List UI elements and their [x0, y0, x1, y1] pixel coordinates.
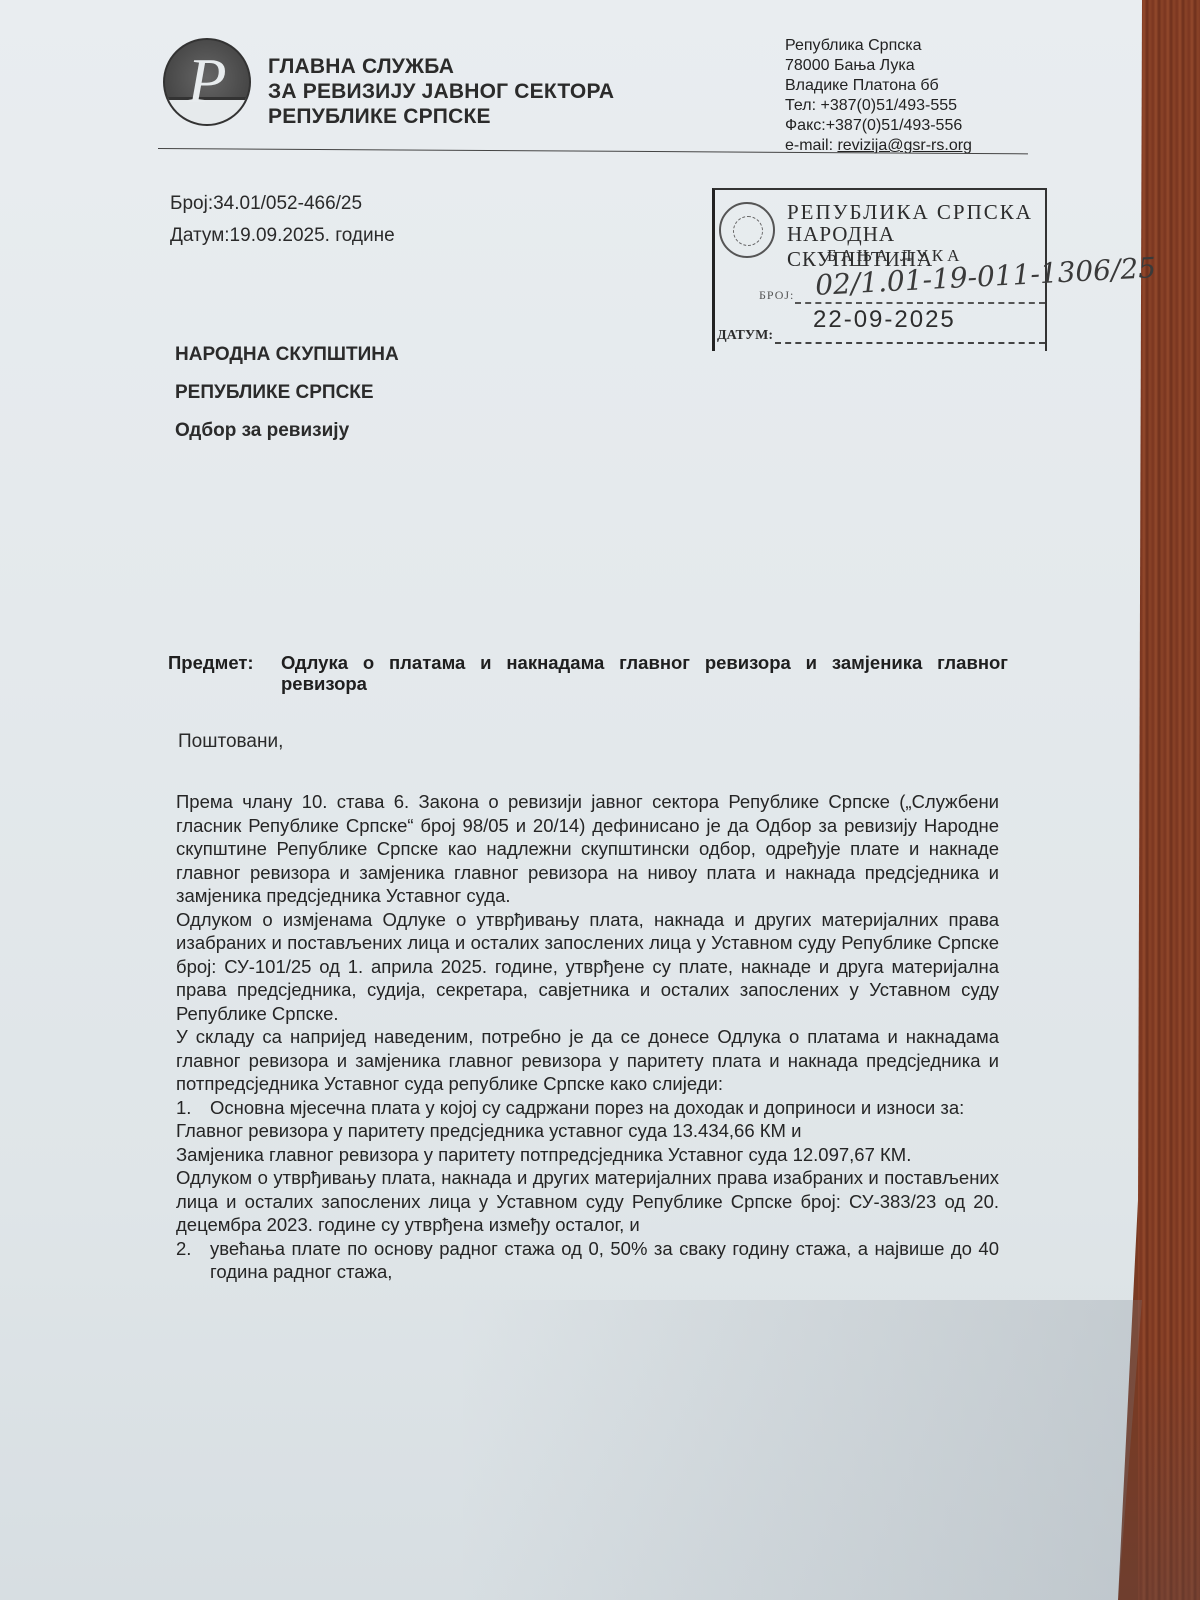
- stamp-dash-line: [775, 342, 1045, 344]
- paragraph: У складу са напријед наведеним, потребно…: [176, 1025, 999, 1096]
- contact-block: Република Српска 78000 Бања Лука Владике…: [785, 36, 972, 156]
- list-text: Основна мјесечна плата у којој су садржа…: [210, 1097, 964, 1118]
- logo-glyph: P: [165, 44, 249, 118]
- receipt-stamp: РЕПУБЛИКА СРПСКА НАРОДНА СКУПШТИНА БАЊА …: [712, 188, 1047, 351]
- list-number: 2.: [176, 1237, 191, 1261]
- contact-fax: Факс:+387(0)51/493-556: [785, 116, 972, 136]
- contact-tel: Тел: +387(0)51/493-555: [785, 96, 972, 116]
- stamp-dash-line: [795, 302, 1045, 304]
- paragraph: Главног ревизора у паритету предсједника…: [176, 1119, 999, 1143]
- reference-date: Датум:19.09.2025. године: [170, 220, 395, 252]
- list-item: 2.увећања плате по основу радног стажа о…: [176, 1237, 999, 1284]
- numbered-list: 2.увећања плате по основу радног стажа о…: [176, 1237, 999, 1284]
- contact-city: 78000 Бања Лука: [785, 56, 972, 76]
- coat-of-arms-seal-icon: [719, 202, 775, 258]
- list-text: увећања плате по основу радног стажа од …: [210, 1238, 999, 1283]
- contact-country: Република Српска: [785, 36, 972, 56]
- numbered-list: 1.Основна мјесечна плата у којој су садр…: [176, 1096, 999, 1120]
- recipient-line: РЕПУБЛИКЕ СРПСКЕ: [175, 374, 399, 412]
- stamp-date-label: ДАТУМ:: [717, 328, 773, 344]
- org-line: РЕПУБЛИКЕ СРПСКЕ: [268, 104, 614, 129]
- subject-label: Предмет:: [168, 652, 254, 673]
- organization-name: ГЛАВНА СЛУЖБА ЗА РЕВИЗИЈУ ЈАВНОГ СЕКТОРА…: [268, 54, 614, 129]
- recipient-line: Одбор за ревизију: [175, 412, 399, 450]
- reference-number: Број:34.01/052-466/25: [170, 188, 395, 220]
- org-line: ЗА РЕВИЗИЈУ ЈАВНОГ СЕКТОРА: [268, 79, 614, 104]
- stamp-date: 22-09-2025: [813, 306, 956, 334]
- list-item: 1.Основна мјесечна плата у којој су садр…: [176, 1096, 999, 1120]
- list-number: 1.: [176, 1096, 191, 1120]
- org-line: ГЛАВНА СЛУЖБА: [268, 54, 614, 79]
- recipient-line: НАРОДНА СКУПШТИНА: [175, 336, 399, 374]
- paragraph: Замјеника главног ревизора у паритету по…: [176, 1143, 999, 1167]
- contact-street: Владике Платона бб: [785, 76, 972, 96]
- paragraph: Одлуком о утврђивању плата, накнада и др…: [176, 1166, 999, 1237]
- reference-block: Број:34.01/052-466/25 Датум:19.09.2025. …: [170, 188, 395, 252]
- salutation: Поштовани,: [178, 731, 283, 753]
- recipient-block: НАРОДНА СКУПШТИНА РЕПУБЛИКЕ СРПСКЕ Одбор…: [175, 336, 399, 450]
- letter-body: Према члану 10. става 6. Закона о ревизи…: [176, 790, 999, 1284]
- institution-logo: P: [163, 38, 251, 126]
- page-shadow: [0, 1300, 1142, 1600]
- stamp-number-label: БРОЈ:: [759, 288, 794, 303]
- paragraph: Одлуком о измјенама Одлуке о утврђивању …: [176, 908, 999, 1026]
- paragraph: Према члану 10. става 6. Закона о ревизи…: [176, 790, 999, 908]
- subject-text: Одлука о платама и накнадама главног рев…: [281, 652, 1008, 694]
